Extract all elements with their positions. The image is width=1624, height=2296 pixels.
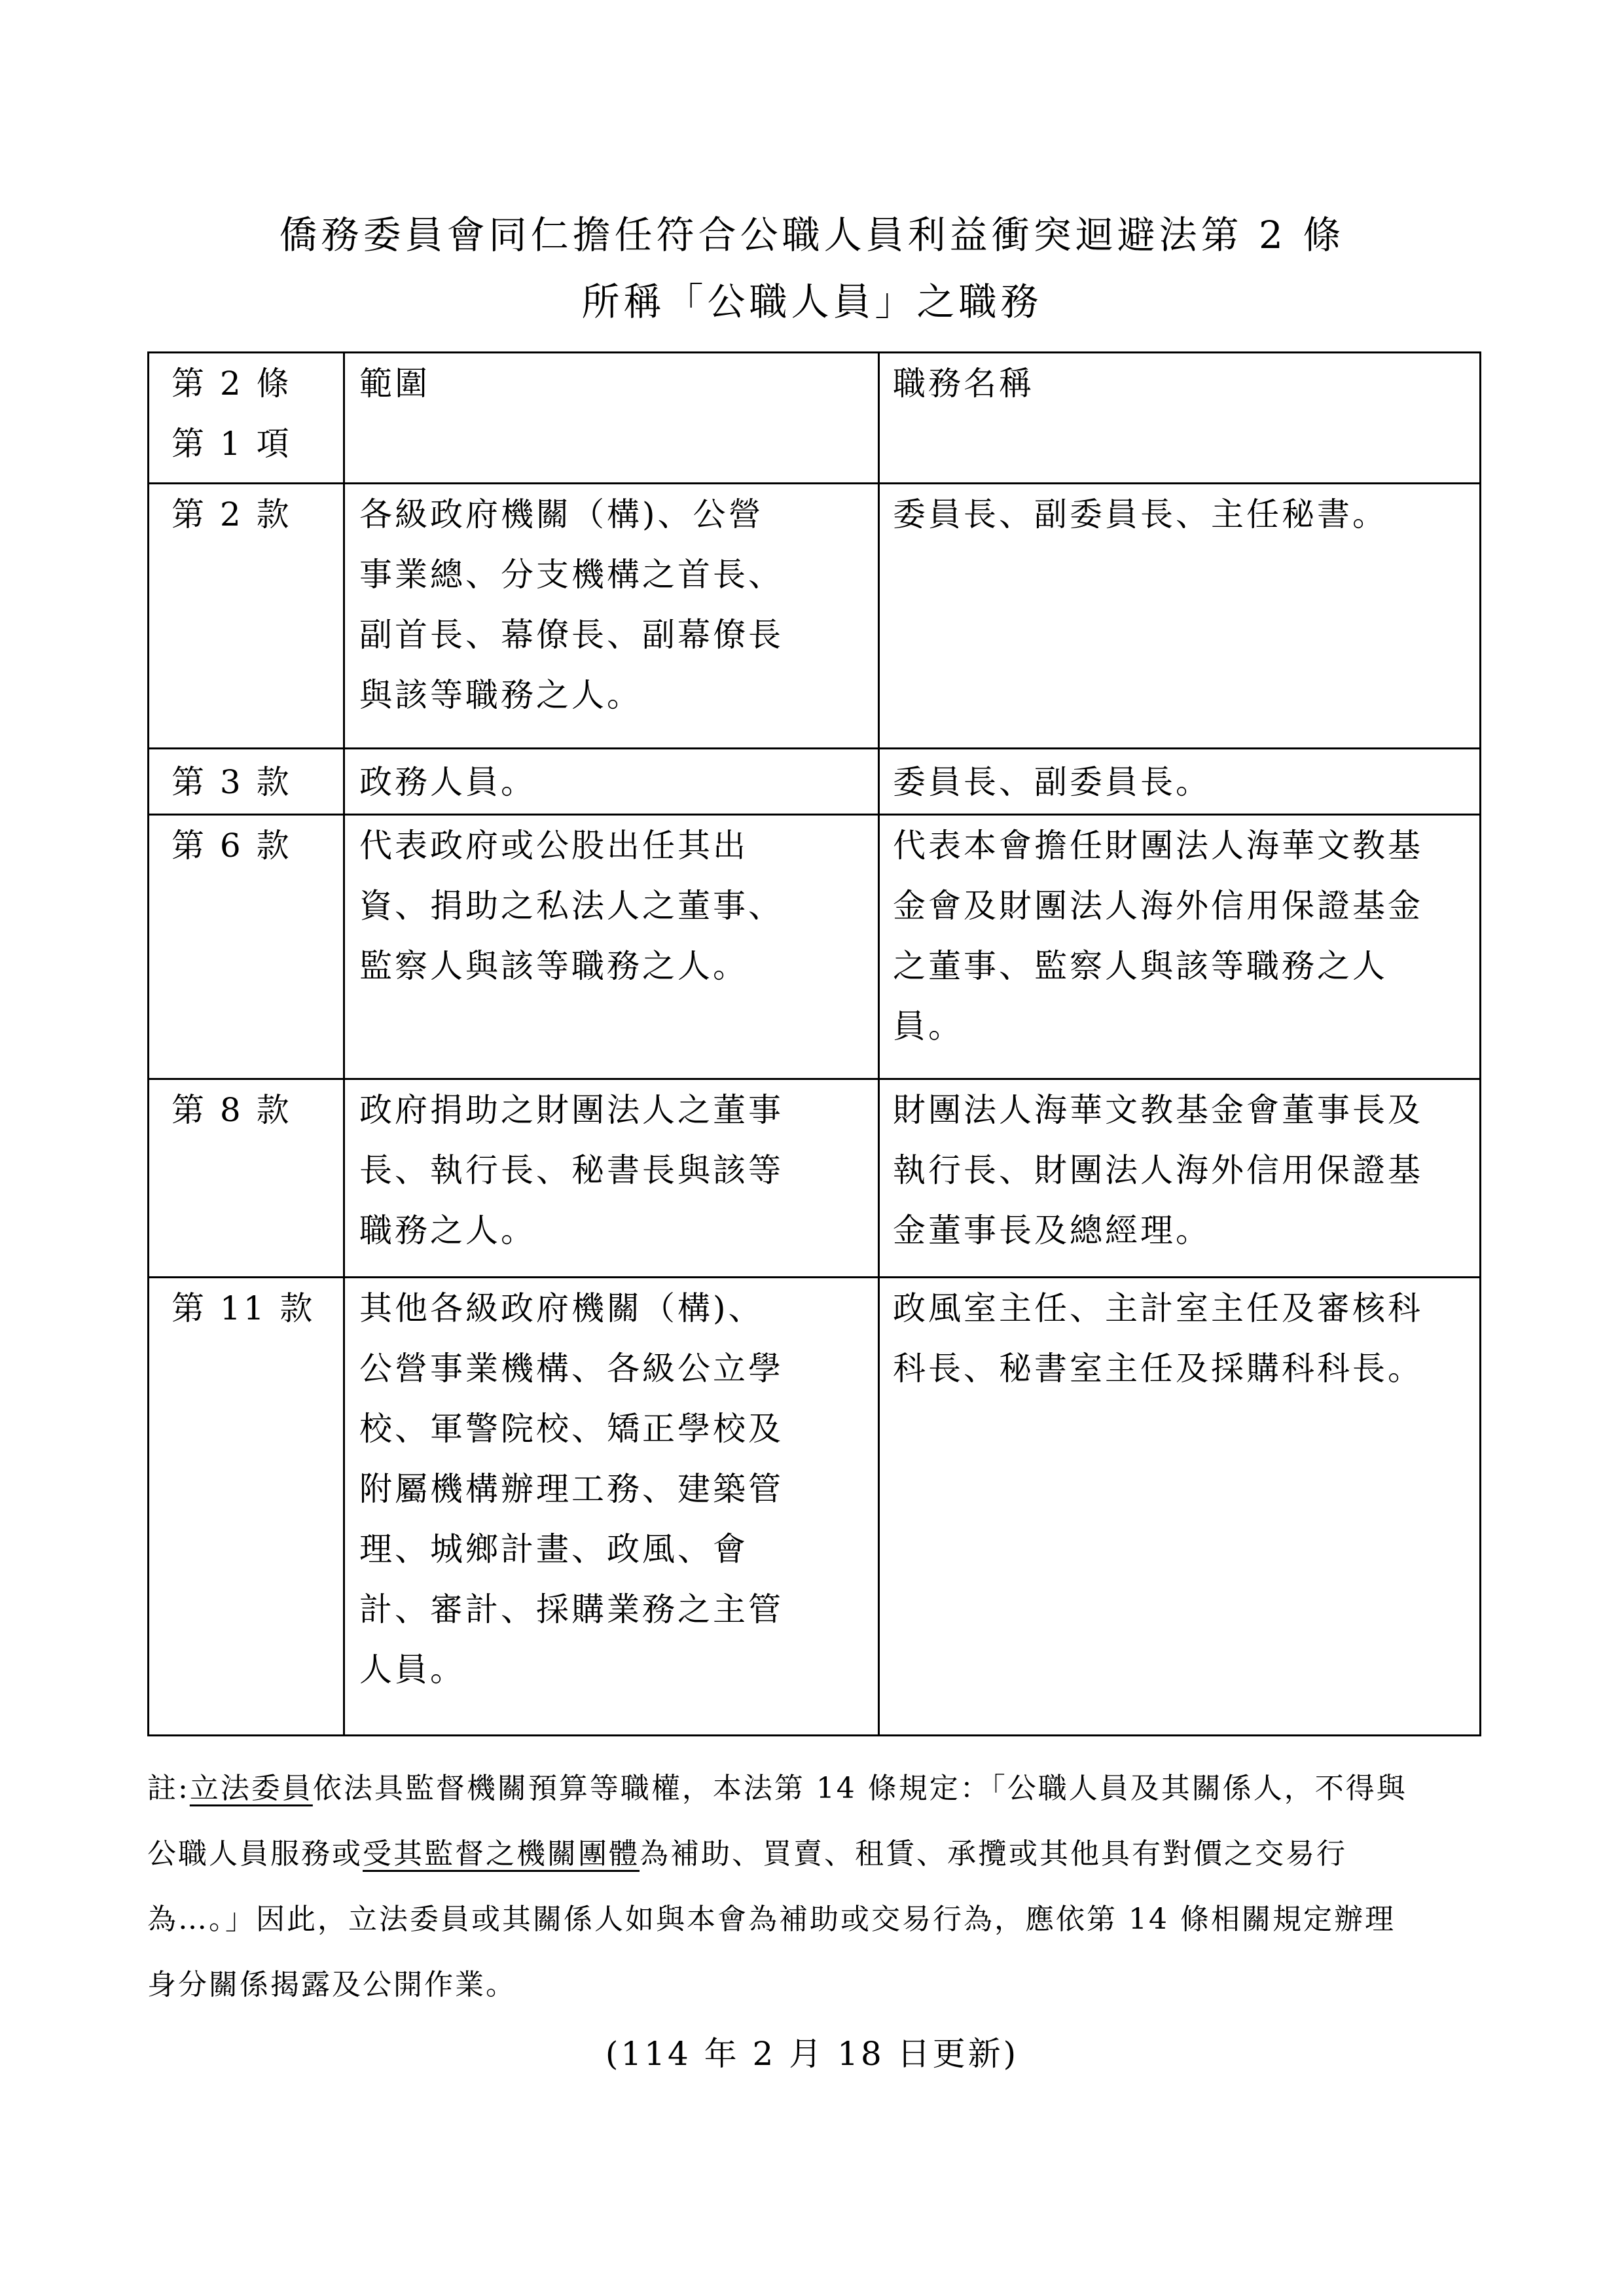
row-scope: 政府捐助之財團法人之董事 長、執行長、秘書長與該等 職務之人。 [344,1079,879,1278]
row-scope: 代表政府或公股出任其出 資、捐助之私法人之董事、 監察人與該等職務之人。 [344,815,879,1079]
header-paragraph: 第 1 項 [171,414,343,474]
footnote-line-3: 為…。」因此，立法委員或其關係人如與本會為補助或交易行為，應依第 14 條相關規… [147,1887,1483,1952]
row-positions: 委員長、副委員長、主任秘書。 [879,484,1481,749]
row-clause: 第 8 款 [149,1079,344,1278]
document-page: 僑務委員會同仁擔任符合公職人員利益衝突迴避法第 2 條 所稱「公職人員」之職務 … [0,0,1624,2296]
row-clause: 第 6 款 [149,815,344,1079]
footnote-label: 註: [147,1772,190,1805]
row-scope: 其他各級政府機關（構)、 公營事業機構、各級公立學 校、軍警院校、矯正學校及 附… [344,1278,879,1736]
table-header-row: 第 2 條 第 1 項 範圍 職務名稱 [149,353,1481,484]
footnote-line-2: 公職人員服務或受其監督之機關團體為補助、買賣、租賃、承攬或其他具有對價之交易行 [147,1821,1483,1887]
footnote-underlined-term: 立法委員 [190,1772,313,1805]
header-scope: 範圍 [344,353,879,484]
row-clause: 第 3 款 [149,749,344,815]
row-clause: 第 2 款 [149,484,344,749]
row-scope: 各級政府機關（構)、公營 事業總、分支機構之首長、 副首長、幕僚長、副幕僚長 與… [344,484,879,749]
footnote: 註:立法委員依法具監督機關預算等職權，本法第 14 條規定：「公職人員及其關係人… [147,1756,1483,2018]
footnote-line-4: 身分關係揭露及公開作業。 [147,1952,1483,2018]
table-row: 第 11 款 其他各級政府機關（構)、 公營事業機構、各級公立學 校、軍警院校、… [149,1278,1481,1736]
header-article-clause: 第 2 條 第 1 項 [149,353,344,484]
footnote-line-1: 註:立法委員依法具監督機關預算等職權，本法第 14 條規定：「公職人員及其關係人… [147,1756,1483,1821]
document-title-line-1: 僑務委員會同仁擔任符合公職人員利益衝突迴避法第 2 條 [0,216,1624,254]
row-clause: 第 11 款 [149,1278,344,1736]
table-row: 第 6 款 代表政府或公股出任其出 資、捐助之私法人之董事、 監察人與該等職務之… [149,815,1481,1079]
table-row: 第 3 款 政務人員。 委員長、副委員長。 [149,749,1481,815]
row-positions: 代表本會擔任財團法人海華文教基 金會及財團法人海外信用保證基金 之董事、監察人與… [879,815,1481,1079]
row-positions: 委員長、副委員長。 [879,749,1481,815]
row-positions: 政風室主任、主計室主任及審核科 科長、秘書室主任及採購科科長。 [879,1278,1481,1736]
duties-table: 第 2 條 第 1 項 範圍 職務名稱 第 2 款 各級政府機關（構)、公營 事… [147,351,1481,1736]
row-scope: 政務人員。 [344,749,879,815]
table-row: 第 8 款 政府捐助之財團法人之董事 長、執行長、秘書長與該等 職務之人。 財團… [149,1079,1481,1278]
header-article: 第 2 條 [171,353,343,414]
row-positions: 財團法人海華文教基金會董事長及 執行長、財團法人海外信用保證基 金董事長及總經理… [879,1079,1481,1278]
header-position-title: 職務名稱 [879,353,1481,484]
update-date: (114 年 2 月 18 日更新) [0,2028,1624,2075]
footnote-underlined-term: 受其監督之機關團體 [363,1837,640,1871]
table-row: 第 2 款 各級政府機關（構)、公營 事業總、分支機構之首長、 副首長、幕僚長、… [149,484,1481,749]
document-title-line-2: 所稱「公職人員」之職務 [0,283,1624,321]
